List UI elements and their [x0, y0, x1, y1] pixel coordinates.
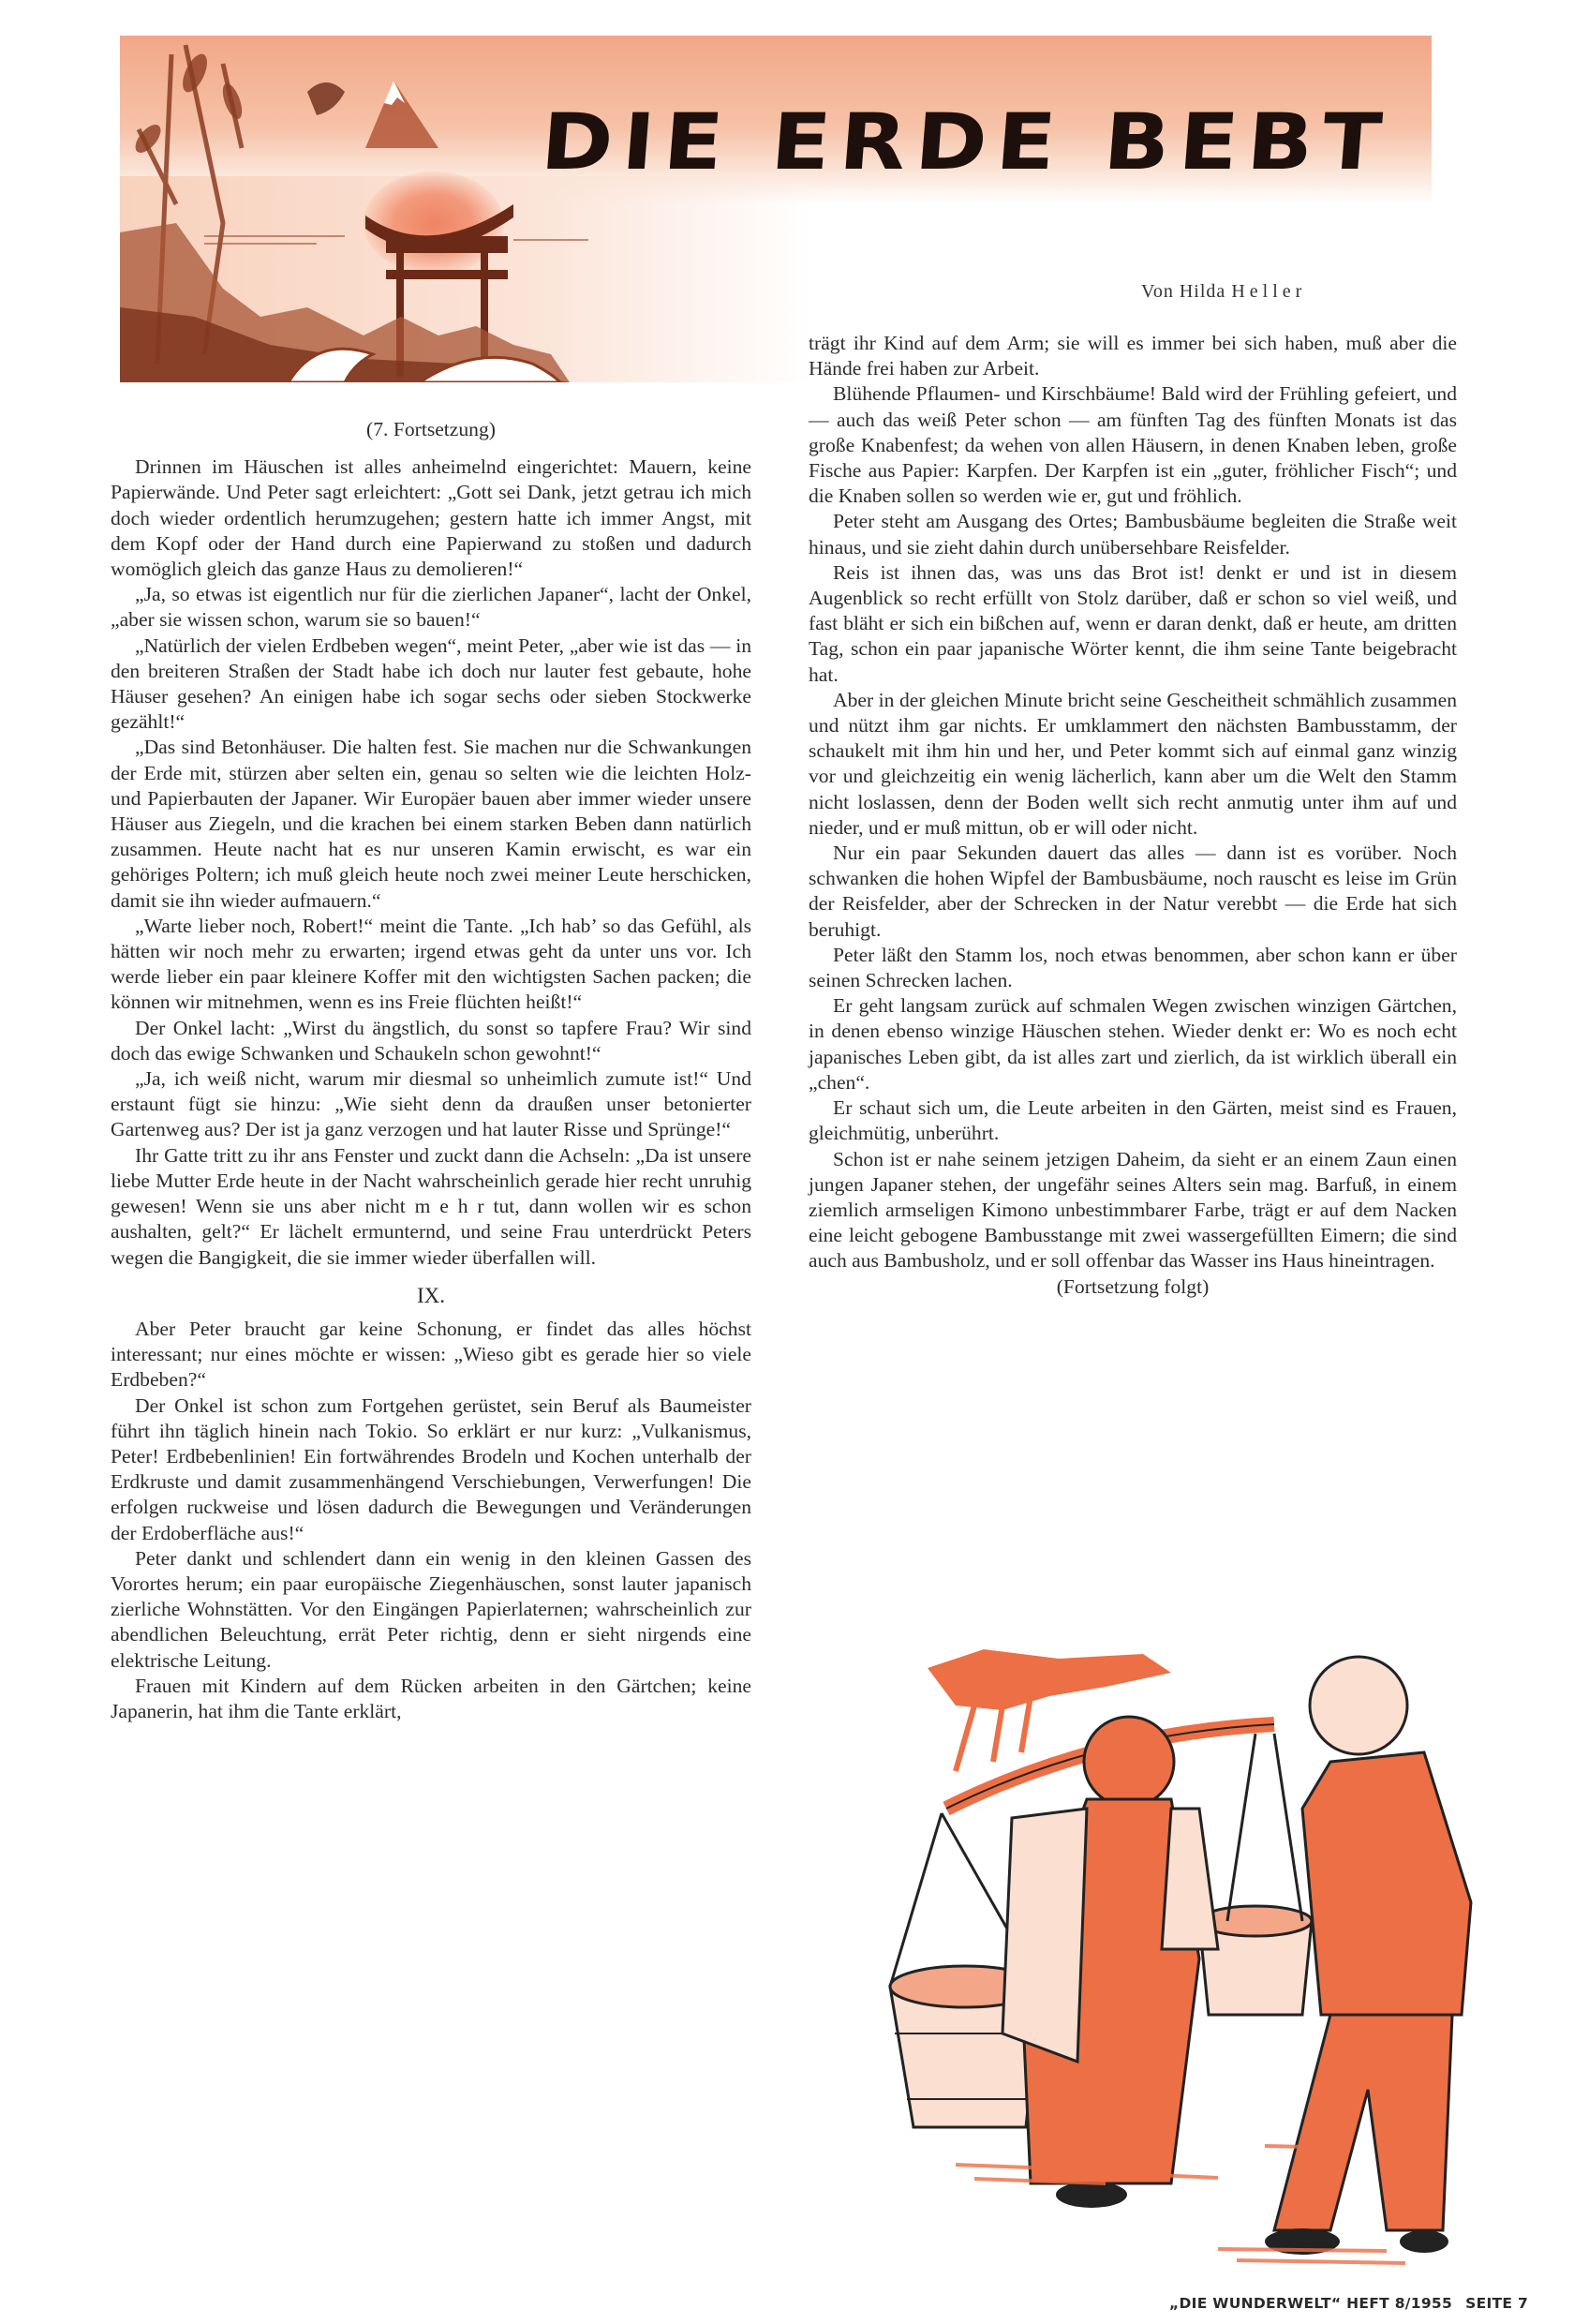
article-title: DIE ERDE BEBT [538, 97, 1394, 186]
paragraph: Frauen mit Kindern auf dem Rücken arbeit… [111, 1674, 751, 1724]
to-be-continued-label: (Fortsetzung folgt) [809, 1274, 1457, 1300]
right-column: trägt ihr Kind auf dem Arm; sie will es … [809, 331, 1457, 1300]
paragraph: Aber Peter braucht gar keine Schonung, e… [111, 1317, 751, 1393]
paragraph: Schon ist er nahe seinem jetzigen Daheim… [809, 1147, 1457, 1274]
paragraph: Reis ist ihnen das, was uns das Brot ist… [809, 560, 1457, 688]
chapter-number: IX. [111, 1283, 751, 1308]
author-name: Heller [1231, 281, 1306, 302]
paragraph: Der Onkel ist schon zum Fortgehen gerüst… [111, 1393, 751, 1546]
paragraph: Ihr Gatte tritt zu ihr ans Fenster und z… [111, 1143, 751, 1271]
paragraph: Peter dankt und schlendert dann ein weni… [111, 1546, 751, 1674]
water-carrier-illustration [862, 1621, 1499, 2268]
magazine-issue: „DIE WUNDERWELT“ HEFT 8/1955 [1169, 2295, 1452, 2312]
paragraph: „Das sind Betonhäuser. Die halten fest. … [111, 735, 751, 913]
paragraph: „Ja, so etwas ist eigentlich nur für die… [111, 582, 751, 633]
paragraph: Blühende Pflaumen- und Kirschbäume! Bald… [809, 381, 1457, 509]
page-number: SEITE 7 [1465, 2295, 1528, 2312]
author-byline: Von Hilda Heller [1141, 281, 1306, 303]
left-column: (7. Fortsetzung) Drinnen im Häuschen ist… [111, 417, 751, 1724]
paragraph: „Natürlich der vielen Erdbeben wegen“, m… [111, 633, 751, 736]
paragraph: „Warte lieber noch, Robert!“ meint die T… [111, 914, 751, 1016]
paragraph: Aber in der gleichen Minute bricht seine… [809, 688, 1457, 841]
paragraph: Peter steht am Ausgang des Ortes; Bambus… [809, 509, 1457, 559]
paragraph: Er geht langsam zurück auf schmalen Wege… [809, 993, 1457, 1095]
paragraph: Der Onkel lacht: „Wirst du ängstlich, du… [111, 1016, 751, 1066]
paragraph: Peter läßt den Stamm los, noch etwas ben… [809, 943, 1457, 993]
paragraph: Nur ein paar Sekunden dauert das alles —… [809, 841, 1457, 943]
page-footer: „DIE WUNDERWELT“ HEFT 8/1955SEITE 7 [1169, 2295, 1528, 2312]
paragraph-continued: trägt ihr Kind auf dem Arm; sie will es … [809, 331, 1457, 381]
paragraph: „Ja, ich weiß nicht, warum mir diesmal s… [111, 1066, 751, 1143]
continuation-label: (7. Fortsetzung) [111, 417, 751, 442]
paragraph: Er schaut sich um, die Leute arbeiten in… [809, 1095, 1457, 1146]
paragraph: Drinnen im Häuschen ist alles anheimelnd… [111, 454, 751, 582]
byline-prefix: Von Hilda [1141, 281, 1225, 302]
